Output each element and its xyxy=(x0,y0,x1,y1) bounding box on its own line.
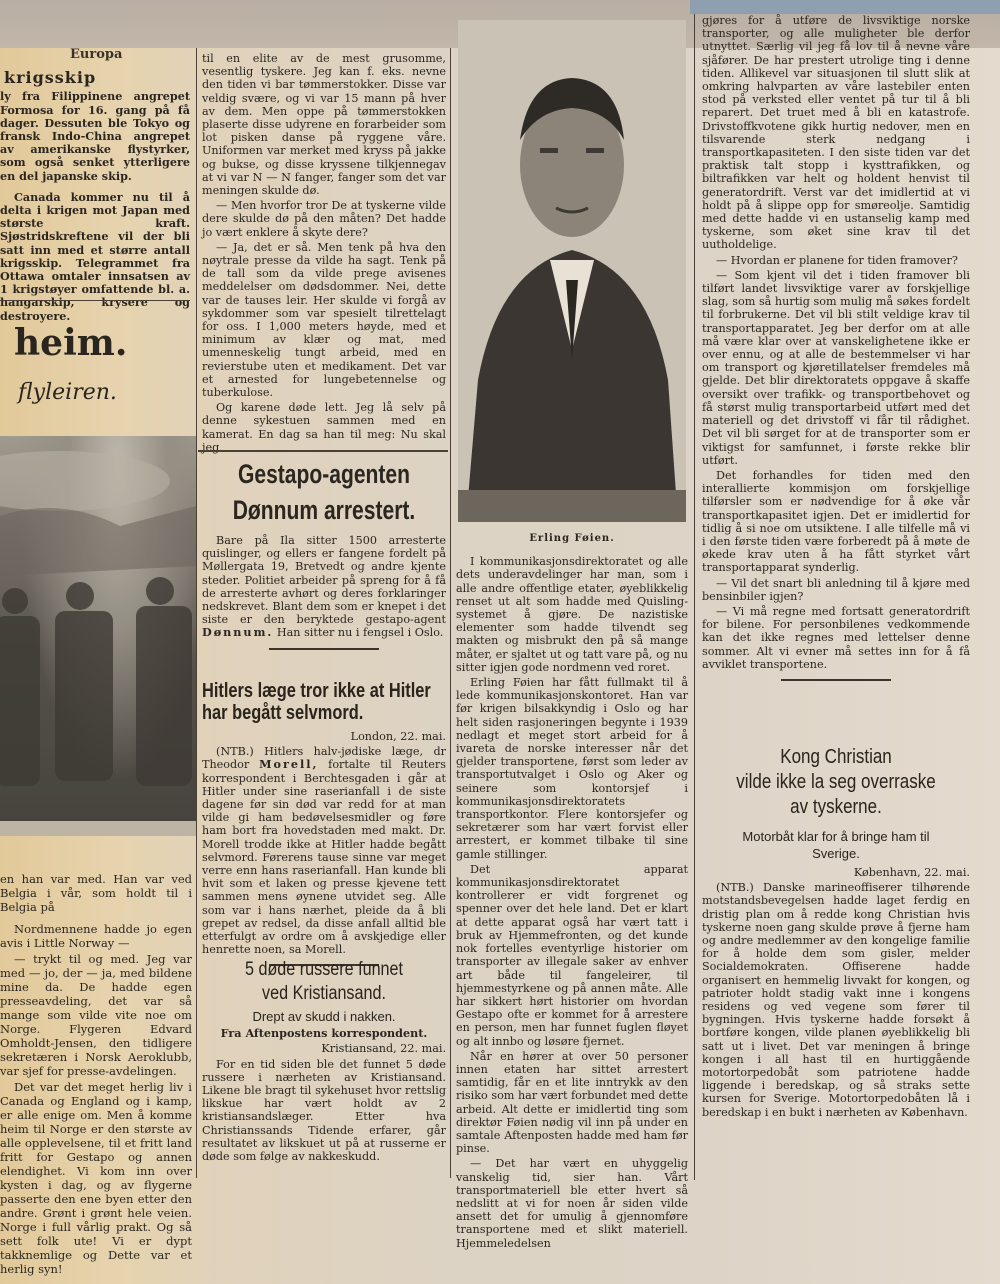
article-paragraph: — trykt til og med. Jeg var med — jo, de… xyxy=(0,952,192,1078)
portrait-illustration xyxy=(458,20,686,522)
article-paragraph: Det var det meget herlig liv i Canada og… xyxy=(0,1080,192,1276)
article-paragraph: — Det har vært en uhyggelig vanskelig ti… xyxy=(456,1157,688,1249)
article-paragraph: Nordmennene hadde jo egen avis i Little … xyxy=(0,922,192,950)
dateline: København, 22. mai. xyxy=(702,866,970,879)
subheadline: Drept av skudd i nakken. xyxy=(202,1010,446,1023)
column-divider xyxy=(450,48,451,1178)
headline: vilde ikke la seg overraske xyxy=(722,770,950,795)
article-paragraph: — Hvordan er planene for tiden framover? xyxy=(702,254,970,267)
column-divider xyxy=(694,14,695,1180)
center-column: Erling Føien. I kommunikasjonsdirektorat… xyxy=(456,524,688,1252)
divider xyxy=(0,300,190,301)
article-body: For en tid siden ble det funnet 5 døde r… xyxy=(202,1058,446,1164)
article-paragraph: — Ja, det er så. Men tenk på hva den nøy… xyxy=(202,241,446,399)
story-russians-found: 5 døde russere funnet ved Kristiansand. … xyxy=(202,958,446,1165)
article-paragraph: gjøres for å utføre de livsviktige norsk… xyxy=(702,14,970,252)
article-body: Han sitter nu i fengsel i Oslo. xyxy=(277,626,443,639)
headline-heim: heim. xyxy=(14,322,127,364)
divider xyxy=(781,679,891,681)
article-paragraph: — Vil det snart bli anledning til å kjør… xyxy=(702,577,970,603)
left-column-lower: en han var med. Han var ved Belgia i vår… xyxy=(0,872,192,1278)
article-paragraph: til en elite av de mest grusomme, vesent… xyxy=(202,52,446,197)
headline-fragment: krigsskip xyxy=(4,71,190,84)
story-king-christian: Kong Christian vilde ikke la seg overras… xyxy=(702,745,970,1121)
headline: 5 døde russere funnet xyxy=(220,958,427,982)
byline: Fra Aftenpostens korrespondent. xyxy=(202,1027,446,1040)
subheadline-flyleiren: flyleiren. xyxy=(18,380,117,405)
article-paragraph: — Men hvorfor tror De at tyskerne vilde … xyxy=(202,199,446,239)
article-paragraph: ly fra Filippinene angrepet Formosa for … xyxy=(0,90,190,182)
photo-caption: Erling Føien. xyxy=(456,532,688,545)
dateline: London, 22. mai. xyxy=(202,730,446,743)
article-body: Bare på Ila sitter 1500 arresterte quisl… xyxy=(202,534,446,626)
person-name: Dønnum. xyxy=(202,625,273,639)
dateline: Kristiansand, 22. mai. xyxy=(202,1042,446,1055)
article-paragraph: — Vi må regne med fortsatt generatordrif… xyxy=(702,605,970,671)
photo-figures-illustration xyxy=(0,436,196,836)
article-paragraph: Erling Føien har fått fullmakt til å led… xyxy=(456,676,688,861)
article-paragraph: Det apparat kommunikasjonsdirektoratet k… xyxy=(456,863,688,1048)
section-label: Europa xyxy=(70,48,190,61)
article-paragraph: en han var med. Han var ved Belgia i vår… xyxy=(0,872,192,914)
subheadline: Motorbåt klar for å bringe ham til Sveri… xyxy=(722,828,950,862)
article-paragraph: — Som kjent vil det i tiden framover bli… xyxy=(702,269,970,467)
article-paragraph: Canada kommer nu til å delta i krigen mo… xyxy=(0,191,190,323)
person-name: Morell, xyxy=(259,757,318,771)
column-divider xyxy=(196,48,197,1178)
divider xyxy=(269,648,379,650)
article-paragraph: Og karene døde lett. Jeg lå selv på denn… xyxy=(202,401,446,454)
article-paragraph: Når en hører at over 50 personer innen e… xyxy=(456,1050,688,1156)
headline: ved Kristiansand. xyxy=(220,982,427,1006)
article-body: (NTB.) Danske marineoffiserer tilhørende… xyxy=(702,881,970,1119)
article-body: fortalte til Reuters korrespondent i Ber… xyxy=(202,758,446,956)
divider xyxy=(198,450,448,452)
article-paragraph: Det forhandles for tiden med den interal… xyxy=(702,469,970,575)
headline: Dønnum arrestert. xyxy=(229,492,419,528)
headline: Kong Christian xyxy=(722,745,950,770)
right-column: gjøres for å utføre de livsviktige norsk… xyxy=(702,14,970,689)
story-hitler-doctor: Hitlers læge tror ikke at Hitler har beg… xyxy=(202,680,446,974)
headline: Gestapo-agenten xyxy=(229,456,419,492)
headline: av tyskerne. xyxy=(722,795,950,820)
story-gestapo-agent: Gestapo-agenten Dønnum arrestert. Bare p… xyxy=(202,456,446,658)
background-blue-edge xyxy=(690,0,1000,14)
left-column: Europa krigsskip ly fra Filippinene angr… xyxy=(0,48,190,325)
article-paragraph: I kommunikasjonsdirektoratet og alle det… xyxy=(456,555,688,674)
headline: Hitlers læge tror ikke at Hitler har beg… xyxy=(202,680,448,724)
photo-pilots xyxy=(0,436,196,836)
center-left-column: til en elite av de mest grusomme, vesent… xyxy=(202,52,446,456)
portrait-photo xyxy=(458,20,686,522)
